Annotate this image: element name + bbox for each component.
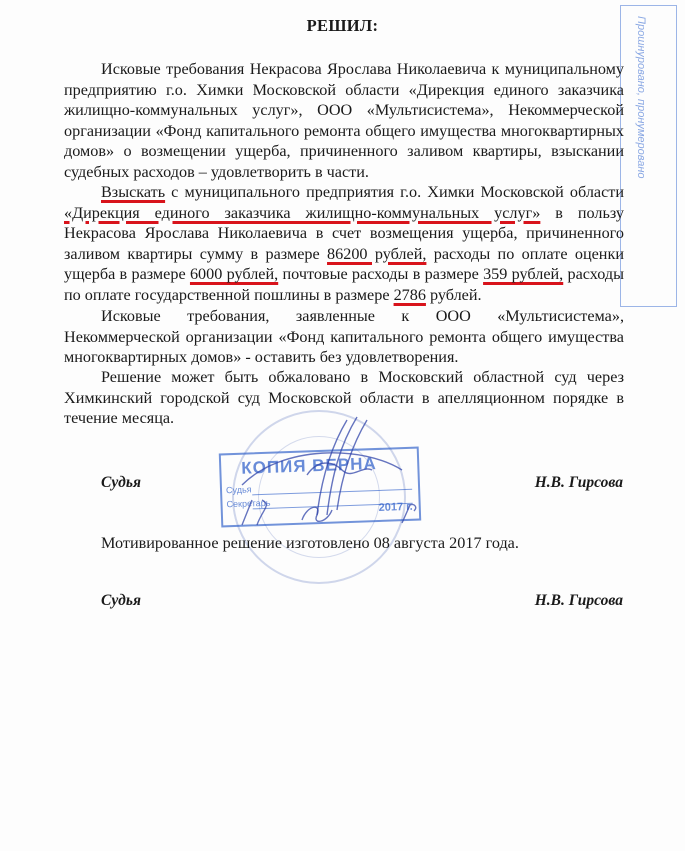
motivated-decision-date: Мотивированное решение изготовлено 08 ав… [101, 534, 519, 553]
side-stamp-text: Прошнуровано, пронумеровано [635, 16, 647, 179]
highlight-amount-damage: 86200 рублей, [327, 245, 426, 263]
text-segment: рублей. [426, 286, 482, 304]
highlight-amount-postal: 359 рублей, [483, 265, 563, 283]
document-page: Прошнуровано, пронумеровано РЕШИЛ: Исков… [0, 0, 685, 851]
side-binding-stamp: Прошнуровано, пронумеровано [620, 5, 677, 307]
highlight-amount-duty: 2786 [394, 286, 426, 304]
signature-name: Н.В. Гирсова [535, 592, 623, 610]
signature-name: Н.В. Гирсова [535, 474, 623, 492]
decision-heading: РЕШИЛ: [0, 16, 685, 36]
signature-role: Судья [101, 592, 141, 610]
signature-line-1: Судья Н.В. Гирсова [101, 474, 623, 492]
signature-line-2: Судья Н.В. Гирсова [101, 592, 623, 610]
highlight-vzyskat: Взыскать [101, 183, 165, 201]
signature-role: Судья [101, 474, 141, 492]
highlight-organization: «Дирекция единого заказчика жилищно-комм… [64, 204, 540, 222]
highlight-amount-assessment: 6000 рублей, [190, 265, 278, 283]
paragraph-recovery: Взыскать с муниципального предприятия г.… [64, 182, 624, 306]
paragraph-rejected-claims: Исковые требования, заявленные к ООО «Му… [64, 306, 624, 368]
text-segment: почтовые расходы в размере [278, 265, 483, 283]
paragraph-claims: Исковые требования Некрасова Ярослава Ни… [64, 59, 624, 183]
text-segment: с муниципального предприятия г.о. Химки … [165, 183, 624, 201]
